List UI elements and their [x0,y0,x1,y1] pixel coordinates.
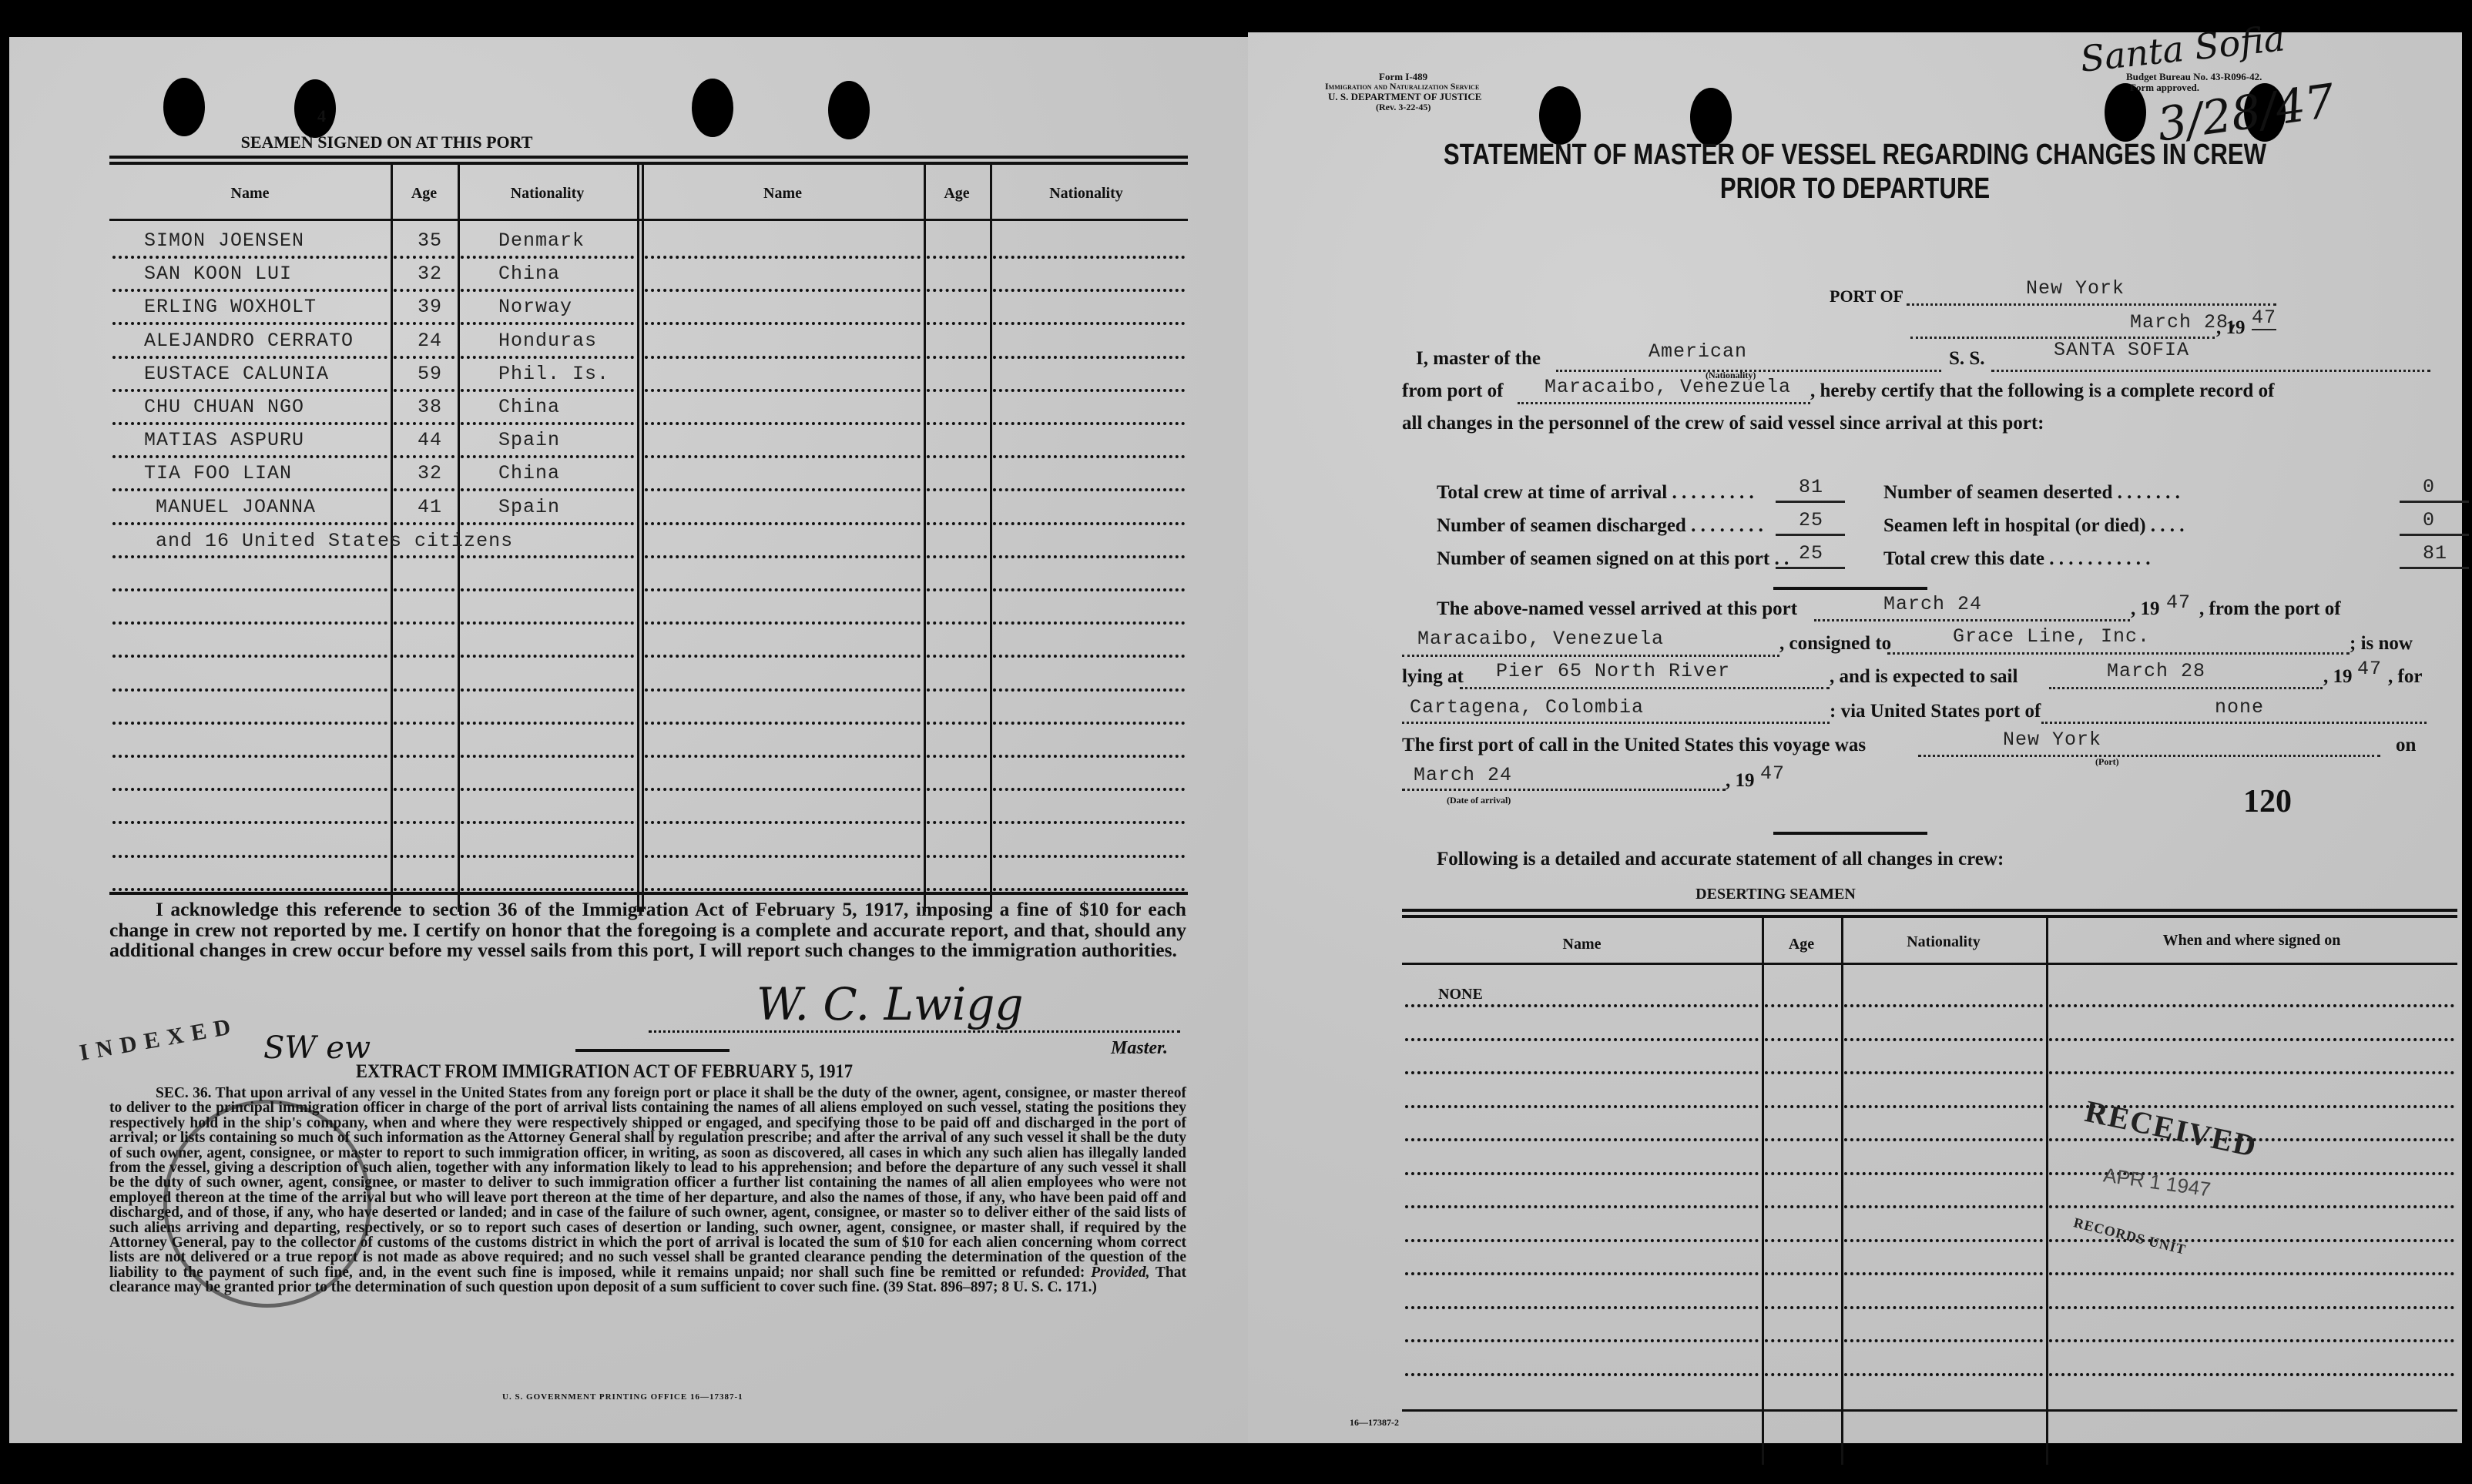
row-rule [1765,1038,1838,1041]
left-page: 4 SEAMEN SIGNED ON AT THIS PORT Name Age… [9,37,1248,1443]
seaman-age: 35 [418,229,442,252]
row-rule [2049,1205,2454,1208]
column-divider [1762,918,1764,1465]
row-rule [461,455,634,458]
row-rule [993,788,1185,791]
row-rule [112,522,387,525]
stamped-number: 120 [2243,783,2292,820]
row-rule [394,455,454,458]
seaman-nationality: Spain [498,429,560,451]
expected-label: , and is expected to sail [1830,666,2018,688]
row-rule [394,588,454,591]
seamen-hospital-field [2400,534,2469,536]
row-rule [112,555,387,558]
extract-text-body: SEC. 36. That upon arrival of any vessel… [109,1085,1186,1281]
first-port-year: 47 [1760,762,1785,785]
seaman-name: EUSTACE CALUNIA [144,363,329,385]
seaman-age: 44 [418,429,442,451]
seaman-age: 38 [418,396,442,418]
row-rule [645,821,921,824]
row-rule [112,788,387,791]
row-rule [112,888,387,891]
column-divider [2046,918,2048,1465]
row-rule [993,621,1185,625]
row-rule [1405,1306,1759,1309]
row-rule [394,688,454,692]
row-rule [112,688,387,692]
first-port-field [1918,747,2380,757]
row-rule [993,488,1185,491]
row-rule [993,422,1185,425]
header-nationality: Nationality [458,185,637,203]
form-title-line-1: STATEMENT OF MASTER OF VESSEL REGARDING … [1357,139,2353,172]
row-rule [2049,1272,2454,1275]
row-rule [112,621,387,625]
seamen-hospital-label: Seamen left in hospital (or died) . . . … [1883,515,2185,537]
consigned-label: , consigned to [1779,633,1891,655]
row-rule [1844,1373,2043,1376]
seaman-name: SAN KOON LUI [144,263,292,285]
row-rule [927,655,987,658]
seamen-signed-on-label: Number of seamen signed on at this port … [1437,548,1789,570]
row-rule [1405,1172,1759,1175]
row-rule [1844,1138,2043,1141]
port-of-label: PORT OF [1830,286,1903,307]
row-rule [1405,1373,1759,1376]
column-divider [1841,918,1843,1465]
deserting-none: NONE [1438,986,1483,1003]
date-year-prefix: , 19 [2216,317,2246,339]
deserting-table-top-rule [1402,909,2457,918]
row-rule [2049,1339,2454,1342]
row-rule [927,788,987,791]
consigned-value: Grace Line, Inc. [1953,625,2150,648]
row-rule [461,855,634,858]
row-rule [927,256,987,259]
printer-line: U. S. GOVERNMENT PRINTING OFFICE 16—1738… [502,1392,743,1402]
row-rule [394,422,454,425]
row-rule [461,688,634,692]
header-age-right: Age [924,185,990,203]
row-rule [461,888,634,891]
arrived-from-value: Maracaibo, Venezuela [1417,628,1664,650]
row-rule [993,755,1185,758]
row-rule [927,389,987,392]
row-rule [1405,1239,1759,1242]
seamen-deserted-field [2400,501,2469,503]
ship-name-field [1991,362,2430,372]
row-rule [461,522,634,525]
row-rule [461,755,634,758]
row-rule [645,488,921,491]
row-rule [927,888,987,891]
row-rule [112,389,387,392]
row-rule [927,455,987,458]
row-rule [645,621,921,625]
header-name-right: Name [642,185,924,203]
column-divider [642,165,644,912]
seaman-nationality: Spain [498,496,560,518]
extract-text-provided: Provided, [1091,1265,1149,1281]
row-rule [2049,1071,2454,1074]
row-rule [993,855,1185,858]
row-rule [112,755,387,758]
row-rule [993,289,1185,292]
seamen-deserted-value: 0 [2423,476,2435,498]
row-rule [993,555,1185,558]
row-rule [645,855,921,858]
row-rule [1765,1373,1838,1376]
row-rule [645,555,921,558]
row-rule [461,588,634,591]
row-rule [1844,1172,2043,1175]
destination-value: Cartagena, Colombia [1410,696,1644,719]
table-bottom-rule [1402,1409,2457,1412]
row-rule [461,488,634,491]
seaman-name: SIMON JOENSEN [144,229,304,252]
date-of-arrival-caption: (Date of arrival) [1447,795,1511,806]
row-rule [645,788,921,791]
row-rule [2049,1373,2454,1376]
deserting-title: DESERTING SEAMEN [1248,886,2195,903]
section-title: SEAMEN SIGNED ON AT THIS PORT [156,132,618,152]
row-rule [927,289,987,292]
row-rule [993,356,1185,359]
row-rule [993,588,1185,591]
port-caption: (Port) [2095,756,2119,768]
row-rule [394,322,454,325]
table-bottom-rule [109,892,1188,895]
form-title-line-2: PRIOR TO DEPARTURE [1357,173,2353,206]
seaman-nationality: China [498,263,560,285]
row-rule [461,289,634,292]
row-rule [1844,1105,2043,1108]
row-rule [1405,1272,1759,1275]
seaman-nationality: Honduras [498,330,597,352]
row-rule [645,389,921,392]
row-rule [645,356,921,359]
agency-line-3: (Rev. 3-22-45) [1376,102,1431,113]
page-number: 4 [317,106,326,126]
deserting-header-nationality: Nationality [1841,933,2046,951]
seaman-name: ERLING WOXHOLT [144,296,317,318]
row-rule [993,722,1185,725]
row-rule [993,389,1185,392]
row-rule [1405,1004,1759,1007]
row-rule [993,455,1185,458]
form-approved: Form approved. [2130,82,2199,94]
received-stamp: RECEIVED [2082,1093,2261,1164]
row-rule [993,821,1185,824]
row-rule [645,522,921,525]
row-rule [112,455,387,458]
from-port-value: Maracaibo, Venezuela [1545,376,1791,398]
extract-divider [575,1049,730,1052]
row-rule [461,555,634,558]
first-port-year-prefix: , 19 [1726,770,1755,792]
records-unit-stamp: RECORDS UNIT [2072,1214,2188,1258]
total-crew-date-label: Total crew this date . . . . . . . . . .… [1883,548,2151,570]
row-rule [394,855,454,858]
seaman-name: CHU CHUAN NGO [144,396,304,418]
deserting-header-when-where: When and where signed on [2046,932,2457,950]
row-rule [927,522,987,525]
row-rule [112,655,387,658]
header-rule [109,219,1188,221]
row-rule [461,788,634,791]
row-rule [1405,1339,1759,1342]
arrived-label: The above-named vessel arrived at this p… [1437,598,1797,620]
first-port-label: The first port of call in the United Sta… [1402,735,1866,756]
seamen-discharged-value: 25 [1799,509,1823,531]
row-rule [112,256,387,259]
sail-year-prefix: , 19 [2323,666,2353,688]
row-rule [1765,1172,1838,1175]
row-rule [993,322,1185,325]
row-rule [1405,1038,1759,1041]
row-rule [461,422,634,425]
via-label: : via United States port of [1830,701,2041,722]
row-rule [1405,1138,1759,1141]
row-rule [645,256,921,259]
row-rule [112,488,387,491]
deserting-header-name: Name [1402,936,1762,953]
seamen-discharged-field [1776,534,1845,536]
row-rule [394,722,454,725]
row-rule [927,488,987,491]
row-rule [394,755,454,758]
punch-hole [828,81,870,139]
row-rule [112,422,387,425]
master-of-the-label-visible: I, master of the [1416,348,1541,370]
row-rule [1405,1071,1759,1074]
row-rule [394,821,454,824]
sail-date-value: March 28 [2107,660,2205,682]
row-rule [1765,1138,1838,1141]
extract-text: SEC. 36. That upon arrival of any vessel… [109,1086,1186,1295]
row-rule [645,422,921,425]
row-rule [1844,1004,2043,1007]
row-rule [1765,1306,1838,1309]
lying-at-value: Pier 65 North River [1496,660,1730,682]
ss-label: S. S. [1949,348,1985,370]
row-rule [461,655,634,658]
row-rule [1844,1205,2043,1208]
row-rule [1765,1205,1838,1208]
seaman-nationality: Phil. Is. [498,363,609,385]
seaman-name: MANUEL JOANNA [156,496,316,518]
row-rule [394,888,454,891]
arrived-year: 47 [2166,591,2191,614]
column-divider [924,165,926,912]
row-rule [993,522,1185,525]
row-rule [394,389,454,392]
via-value: none [2215,696,2264,719]
seaman-age: 32 [418,263,442,285]
row-rule [394,256,454,259]
total-crew-date-field [2400,567,2469,569]
total-crew-date-value: 81 [2423,542,2447,564]
punch-hole [1690,88,1732,146]
sail-year: 47 [2357,658,2382,680]
arrived-date-value: March 24 [1883,593,1982,615]
row-rule [1765,1004,1838,1007]
first-port-date-value: March 24 [1414,764,1512,786]
deserting-header-age: Age [1762,936,1841,953]
punch-hole [1539,86,1581,145]
row-rule [1765,1239,1838,1242]
port-of-value: New York [2026,277,2125,300]
row-rule [993,688,1185,692]
row-rule [645,322,921,325]
seamen-discharged-label: Number of seamen discharged . . . . . . … [1437,515,1763,537]
crew-arrival-label: Total crew at time of arrival . . . . . … [1437,482,1754,504]
row-rule [1765,1071,1838,1074]
on-label: on [2396,735,2416,756]
row-rule [645,289,921,292]
column-divider [990,165,992,912]
row-rule [927,821,987,824]
row-rule [461,322,634,325]
row-rule [1844,1306,2043,1309]
first-port-value: New York [2003,729,2101,751]
row-rule [394,488,454,491]
table-top-rule [109,156,1188,165]
from-the-port-of: , from the port of [2199,598,2341,620]
row-rule [394,289,454,292]
row-rule [1844,1339,2043,1342]
row-rule [1844,1071,2043,1074]
seamen-deserted-label: Number of seamen deserted . . . . . . . [1883,482,2180,504]
row-rule [927,356,987,359]
row-rule [645,722,921,725]
row-rule [1844,1038,2043,1041]
row-rule [112,322,387,325]
punch-hole [294,79,336,138]
row-rule [645,888,921,891]
seamen-signed-on-value: 25 [1799,542,1823,564]
row-rule [1844,1239,2043,1242]
row-rule [1765,1339,1838,1342]
row-rule [927,621,987,625]
seaman-name: TIA FOO LIAN [144,462,292,484]
header-nationality-right: Nationality [990,185,1182,203]
divider [1773,832,1927,835]
row-rule [394,356,454,359]
nationality-value: American [1649,340,1747,363]
row-rule [927,855,987,858]
row-rule [112,289,387,292]
right-page: Form I-489 Immigration and Naturalizatio… [1248,32,2462,1443]
row-rule [1405,1205,1759,1208]
certify-text: , hereby certify that the following is a… [1810,380,2274,402]
for-label: , for [2388,666,2422,688]
row-rule [394,621,454,625]
row-rule [461,356,634,359]
seaman-age: 39 [418,296,442,318]
row-rule [645,688,921,692]
following-text: Following is a detailed and accurate sta… [1437,849,2004,870]
row-rule [461,722,634,725]
column-divider [637,165,639,912]
us-citizens-note: and 16 United States citizens [156,530,513,552]
row-rule [461,389,634,392]
row-rule [927,422,987,425]
crew-arrival-value: 81 [1799,476,1823,498]
seaman-age: 32 [418,462,442,484]
row-rule [645,755,921,758]
row-rule [112,588,387,591]
signature-line [649,1030,1180,1033]
row-rule [993,256,1185,259]
seamen-signed-on-field [1776,567,1845,569]
seaman-nationality: China [498,396,560,418]
indexed-stamp: INDEXED [78,1013,240,1067]
handwritten-initials: SW ew [263,1030,371,1066]
master-signature: W. C. Lwigg [756,978,1024,1030]
row-rule [645,655,921,658]
seaman-nationality: Norway [498,296,572,318]
arrived-year-prefix: , 19 [2131,598,2160,620]
row-rule [461,256,634,259]
row-rule [1844,1272,2043,1275]
row-rule [112,356,387,359]
punch-hole [692,79,733,137]
acknowledgement-text: I acknowledge this reference to section … [109,899,1186,961]
extract-title: EXTRACT FROM IMMIGRATION ACT OF FEBRUARY… [356,1061,853,1083]
seaman-nationality: Denmark [498,229,585,252]
date-year: 47 [2252,307,2276,330]
seamen-hospital-value: 0 [2423,509,2435,531]
header-rule [1402,963,2457,965]
row-rule [927,322,987,325]
received-date-stamp: APR 1 1947 [2102,1163,2212,1201]
crew-arrival-field [1776,501,1845,503]
row-rule [394,655,454,658]
row-rule [394,555,454,558]
seaman-name: MATIAS ASPURU [144,429,304,451]
row-rule [2049,1306,2454,1309]
lying-at-label: lying at [1402,666,1464,688]
row-rule [394,788,454,791]
ship-name-value: SANTA SOFIA [2054,339,2189,361]
row-rule [394,522,454,525]
seaman-age: 41 [418,496,442,518]
row-rule [927,755,987,758]
from-port-label: from port of [1402,380,1503,402]
row-rule [927,588,987,591]
footer-code: 16—17387-2 [1350,1417,1399,1429]
row-rule [927,688,987,692]
divider [1773,587,1927,590]
row-rule [927,722,987,725]
row-rule [112,855,387,858]
row-rule [461,621,634,625]
row-rule [645,588,921,591]
row-rule [645,455,921,458]
row-rule [2049,1038,2454,1041]
seaman-nationality: China [498,462,560,484]
header-name: Name [109,185,391,203]
row-rule [1765,1105,1838,1108]
seaman-name: ALEJANDRO CERRATO [144,330,354,352]
row-rule [112,722,387,725]
seaman-age: 24 [418,330,442,352]
seaman-age: 59 [418,363,442,385]
row-rule [1765,1272,1838,1275]
row-rule [461,821,634,824]
row-rule [2049,1004,2454,1007]
